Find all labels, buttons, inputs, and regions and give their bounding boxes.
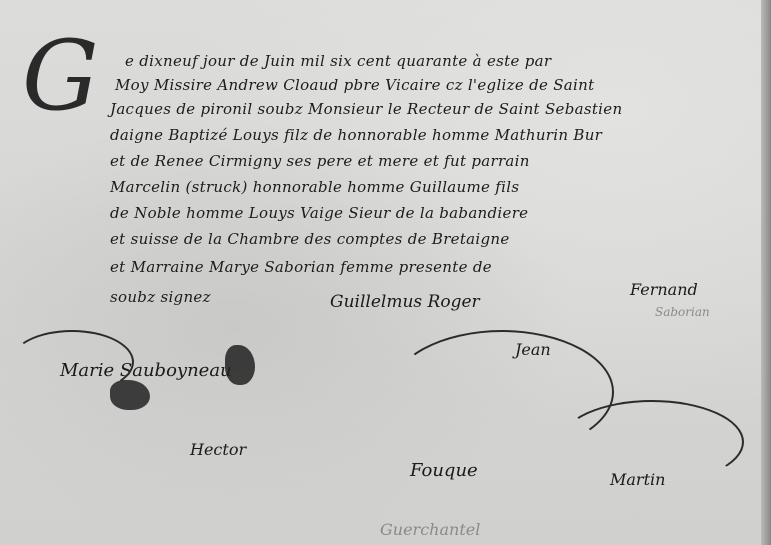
text-line-5: et de Renee Cirmigny ses pere et mere et…	[110, 152, 530, 170]
page-edge	[761, 0, 771, 545]
text-line-2: Moy Missire Andrew Cloaud pbre Vicaire c…	[115, 76, 594, 94]
decorated-initial: G	[22, 20, 99, 132]
ink-blot	[225, 345, 255, 385]
paraph-flourish	[560, 400, 744, 484]
signature-guerchantel: Guerchantel	[380, 520, 480, 539]
text-line-10: soubz signez	[110, 288, 211, 306]
signature-hector: Hector	[190, 440, 246, 459]
text-line-7: de Noble homme Louys Vaige Sieur de la b…	[110, 204, 528, 222]
text-line-4: daigne Baptizé Louys filz de honnorable …	[110, 126, 602, 144]
text-line-3: Jacques de pironil soubz Monsieur le Rec…	[110, 100, 622, 118]
text-line-8: et suisse de la Chambre des comptes de B…	[110, 230, 510, 248]
text-line-9: et Marraine Marye Saborian femme present…	[110, 258, 492, 276]
text-line-1: e dixneuf jour de Juin mil six cent quar…	[125, 52, 551, 70]
signature-fernand: Fernand	[630, 280, 698, 299]
manuscript-page: G e dixneuf jour de Juin mil six cent qu…	[0, 0, 771, 545]
paraph-flourish	[10, 330, 134, 394]
signature-fouque: Fouque	[410, 460, 478, 481]
signature-saborian: Saborian	[655, 305, 710, 319]
signature-roger: Guillelmus Roger	[330, 292, 480, 312]
text-line-6: Marcelin (struck) honnorable homme Guill…	[110, 178, 519, 196]
